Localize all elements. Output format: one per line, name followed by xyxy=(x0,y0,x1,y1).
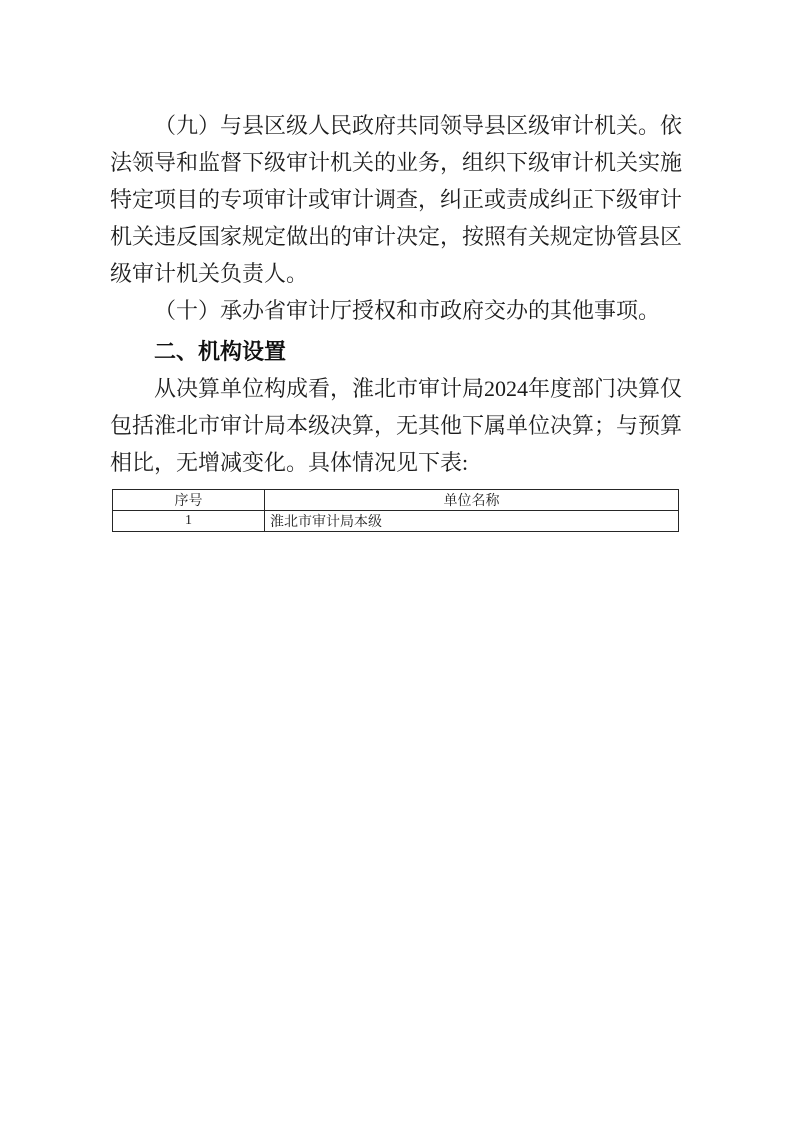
table-header-serial-number: 序号 xyxy=(113,490,265,511)
table-header-unit-name: 单位名称 xyxy=(265,490,679,511)
table-cell-serial-number: 1 xyxy=(113,511,265,532)
document-content: （九）与县区级人民政府共同领导县区级审计机关。依法领导和监督下级审计机关的业务，… xyxy=(110,107,682,532)
section-heading-organization-setup: 二、机构设置 xyxy=(110,333,682,370)
organization-intro-paragraph: 从决算单位构成看，淮北市审计局2024年度部门决算仅包括淮北市审计局本级决算，无… xyxy=(110,370,682,481)
table-header-row: 序号 单位名称 xyxy=(113,490,679,511)
table-cell-unit-name: 淮北市审计局本级 xyxy=(265,511,679,532)
document-page: （九）与县区级人民政府共同领导县区级审计机关。依法领导和监督下级审计机关的业务，… xyxy=(0,0,793,1122)
paragraph-duty-9: （九）与县区级人民政府共同领导县区级审计机关。依法领导和监督下级审计机关的业务，… xyxy=(110,107,682,292)
org-units-table: 序号 单位名称 1 淮北市审计局本级 xyxy=(112,489,679,532)
paragraph-duty-10: （十）承办省审计厅授权和市政府交办的其他事项。 xyxy=(110,292,682,329)
table-row: 1 淮北市审计局本级 xyxy=(113,511,679,532)
